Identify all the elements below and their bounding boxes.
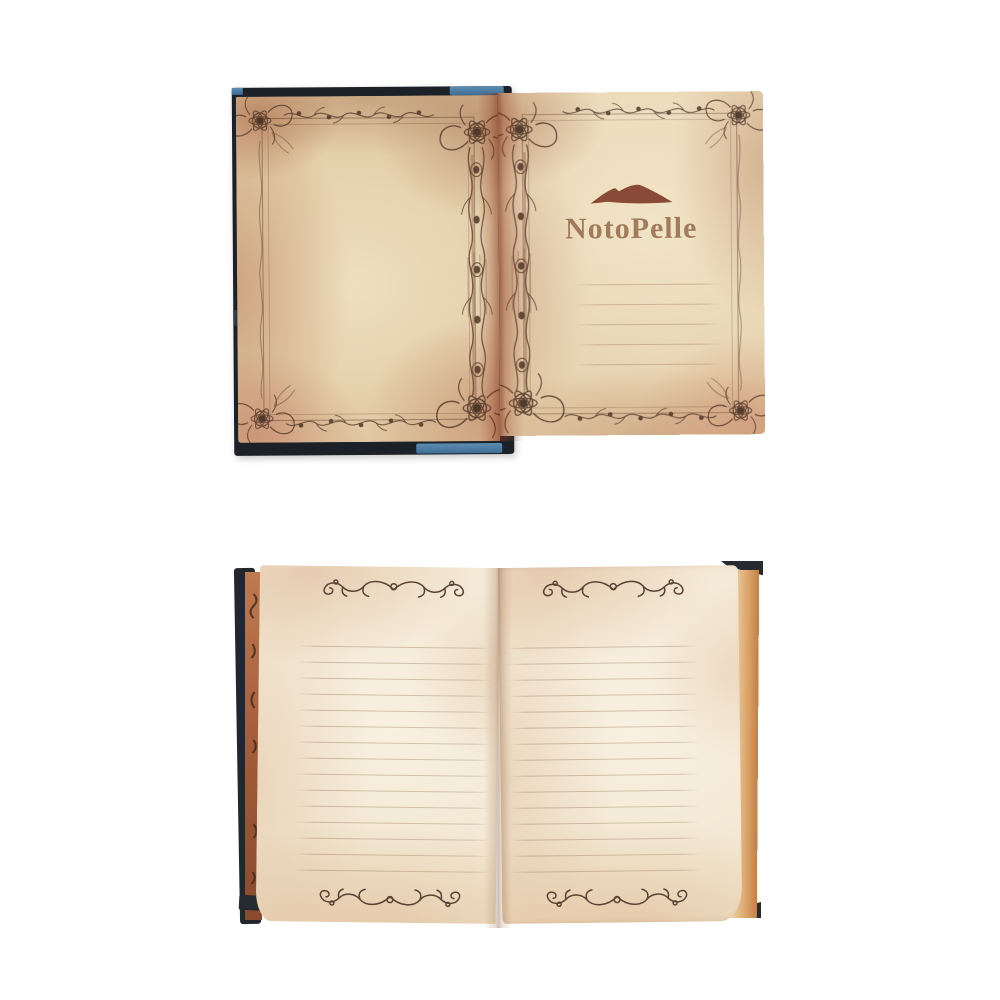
journal-lined-spread — [237, 560, 777, 938]
rule-line — [295, 774, 491, 777]
scroll-flourish-icon — [314, 884, 466, 912]
rule-line — [295, 806, 491, 809]
ornate-border-icon — [236, 95, 500, 443]
rule-line — [507, 646, 699, 649]
rule-line — [297, 662, 493, 665]
scroll-flourish-icon — [537, 575, 689, 603]
lined-left-page — [256, 565, 500, 924]
rule-line — [296, 758, 492, 761]
rule-line — [507, 662, 699, 665]
brand-name: NotoPelle — [499, 211, 764, 247]
rule-line — [508, 742, 700, 745]
rule-line — [508, 710, 700, 713]
rule-line — [297, 678, 493, 681]
rule-line — [510, 854, 702, 857]
ornate-border-icon — [498, 91, 765, 436]
photo-background: NotoPelle — [0, 0, 1000, 1000]
detail-line — [574, 283, 722, 285]
binding-accent — [416, 443, 502, 454]
rule-lines — [294, 646, 493, 888]
binding-accent — [232, 88, 243, 95]
title-left-page — [236, 95, 500, 443]
rule-line — [294, 854, 490, 857]
scroll-flourish-icon — [541, 884, 693, 912]
rule-line — [509, 774, 701, 777]
detail-line — [574, 363, 722, 365]
rule-lines — [507, 646, 702, 888]
rule-line — [509, 822, 701, 825]
detail-line — [574, 323, 722, 325]
rule-line — [295, 822, 491, 825]
rule-line — [509, 806, 701, 809]
scroll-flourish-icon — [318, 575, 470, 603]
rule-line — [509, 838, 701, 841]
rule-line — [508, 726, 700, 729]
rule-line — [296, 726, 492, 729]
rule-line — [296, 694, 492, 697]
rule-line — [507, 678, 699, 681]
rule-line — [295, 838, 491, 841]
mountains-icon — [586, 178, 676, 209]
journal-title-spread: NotoPelle — [232, 84, 770, 456]
book-gutter — [484, 568, 512, 928]
rule-line — [510, 870, 702, 873]
detail-lines — [574, 283, 723, 384]
rule-line — [297, 646, 493, 649]
detail-line — [574, 303, 722, 305]
rule-line — [296, 742, 492, 745]
rule-line — [294, 870, 490, 873]
rule-line — [508, 758, 700, 761]
rule-line — [296, 710, 492, 713]
rule-line — [508, 694, 700, 697]
title-right-page: NotoPelle — [498, 91, 765, 436]
rule-line — [295, 790, 491, 793]
lined-right-page — [498, 565, 742, 924]
detail-line — [574, 343, 722, 345]
rule-line — [509, 790, 701, 793]
book-gutter — [478, 93, 524, 441]
